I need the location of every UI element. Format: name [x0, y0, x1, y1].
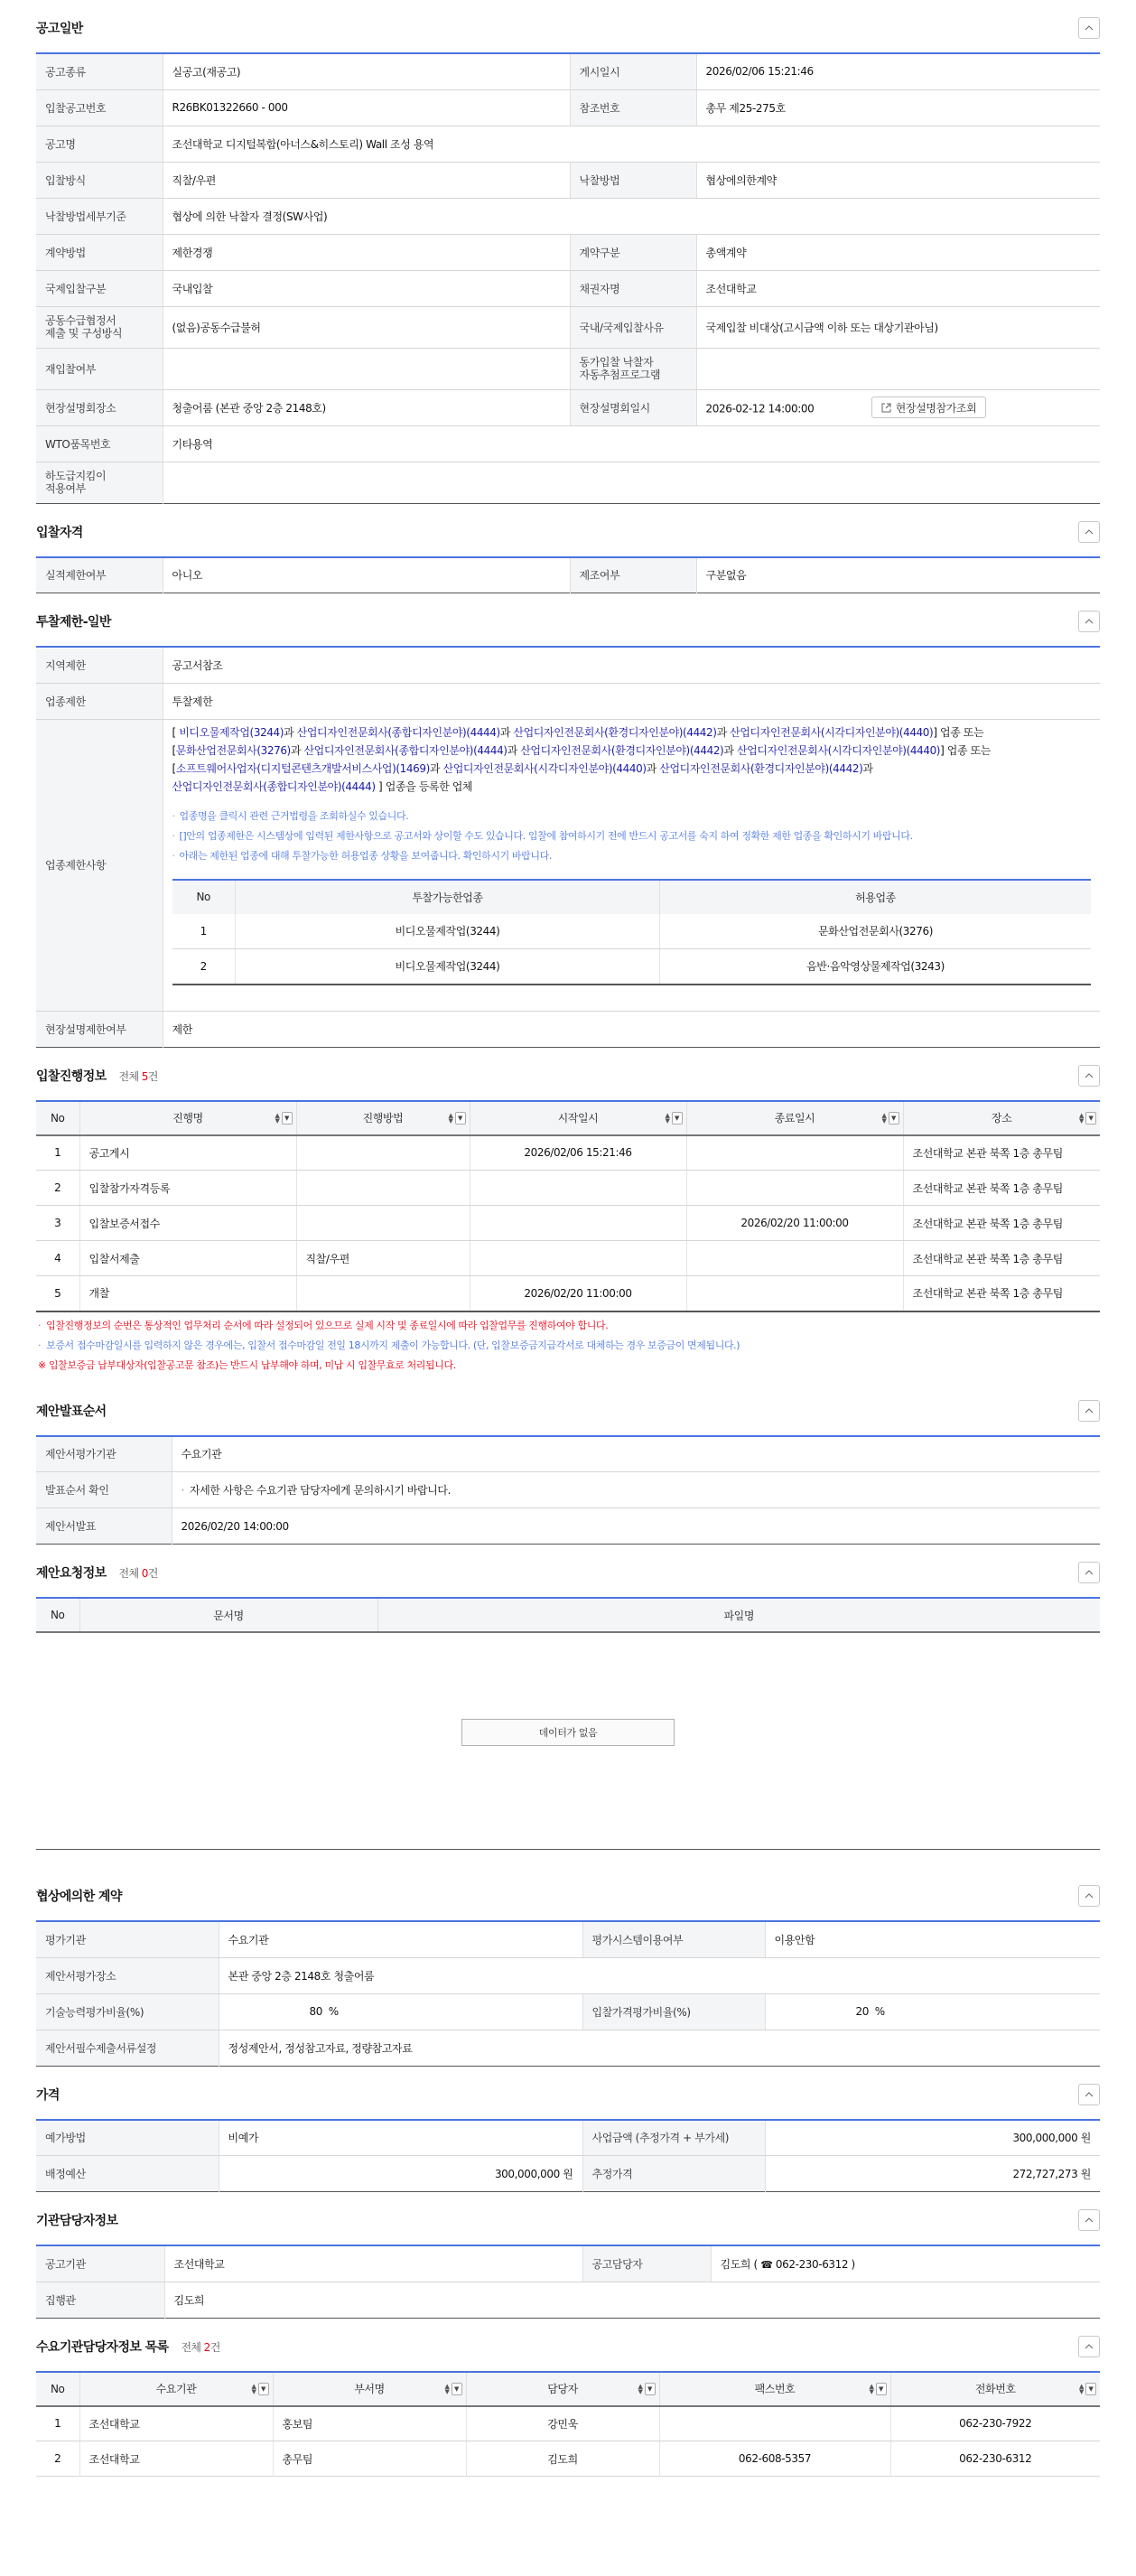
eval-org-value: 수요기관 [219, 1921, 582, 1957]
column-header[interactable]: 진행방법▲▼▼ [296, 1101, 470, 1135]
chevron-up-icon [1085, 2217, 1094, 2223]
field-label: 국내/국제입찰사유 [570, 306, 696, 348]
table-cell [470, 1241, 686, 1276]
external-link-icon [881, 403, 891, 413]
filter-dropdown-icon[interactable]: ▼ [1085, 2383, 1096, 2395]
column-header: No [36, 2372, 79, 2406]
eval-system-value: 이용안함 [765, 1921, 1100, 1957]
field-label: 입찰공고번호 [36, 89, 163, 126]
qualification-table: 실적제한여부 아니오 제조여부 구분없음 [36, 556, 1100, 594]
field-label: 현장설명회일시 [570, 389, 696, 425]
section-title: 가격 [36, 2086, 60, 2104]
table-cell: 입찰서제출 [79, 1241, 296, 1276]
section-title: 입찰진행정보전체 5건 [36, 1067, 158, 1085]
field-label: 업종제한사항 [36, 719, 163, 1011]
sort-arrows-icon[interactable]: ▲▼ [252, 2384, 256, 2394]
site-restrict-value: 제한 [163, 1011, 1100, 1047]
industry-link[interactable]: 소프트웨어사업자(디지털콘텐츠개발서비스사업)(1469) [176, 762, 430, 775]
collapse-button[interactable] [1078, 1885, 1100, 1907]
agency-value: 조선대학교 [164, 2245, 582, 2282]
divider [36, 1832, 1100, 1850]
table-cell [659, 2406, 890, 2441]
field-label: 예가방법 [36, 2120, 219, 2156]
column-header-label: 장소 [992, 1112, 1011, 1125]
proposal-request-table: No 문서명 파일명 [36, 1597, 1100, 1633]
column-header: 파일명 [377, 1598, 1100, 1632]
sort-control[interactable]: ▲▼▼ [1079, 2383, 1096, 2395]
table-cell: 062-230-7922 [890, 2406, 1100, 2441]
column-header[interactable]: 종료일시▲▼▼ [686, 1101, 903, 1135]
restriction-text-segment: 과 [430, 762, 443, 775]
section-restriction: 투찰제한-일반 지역제한 공고서참조 업종제한 투찰제한 업종제한사항 [ 비디… [36, 593, 1100, 1048]
industry-link[interactable]: 산업디자인전문회사(종합디자인분야)(4444) [172, 780, 376, 793]
column-header-label: 진행명 [172, 1112, 203, 1125]
column-header-label: 종료일시 [775, 1112, 815, 1125]
site-briefing-date-value: 2026-02-12 14:00:00 [706, 403, 815, 415]
industry-link[interactable]: 산업디자인전문회사(환경디자인분야)(4442) [520, 744, 723, 757]
column-header-label: 팩스번호 [755, 2383, 796, 2395]
table-cell [296, 1135, 470, 1171]
field-label: 계약구분 [570, 234, 696, 270]
field-label: 추정가격 [582, 2156, 765, 2192]
table-cell: 1 [36, 2406, 79, 2441]
table-row: 3입찰보증서접수2026/02/20 11:00:00조선대학교 본관 북쪽 1… [36, 1206, 1100, 1241]
warning-note: ·입찰진행정보의 순번은 통상적인 업무처리 순서에 따라 설정되어 있으므로 … [36, 1316, 1100, 1336]
field-label: 공고담당자 [582, 2245, 711, 2282]
section-agency: 기관담당자정보 공고기관 조선대학교 공고담당자 김도희 ( ☎ 062-230… [36, 2192, 1100, 2319]
table-cell: 062-230-6312 [890, 2441, 1100, 2477]
section-negotiation: 협상에의한 계약 평가기관 수요기관 평가시스템이용여부 이용안함 제안서평가장… [36, 1868, 1100, 2067]
column-header[interactable]: 팩스번호▲▼▼ [659, 2372, 890, 2406]
table-cell [470, 1206, 686, 1241]
column-header: No [36, 1598, 79, 1632]
field-label: 동가입찰 낙찰자자동추첨프로그램 [570, 348, 696, 389]
column-header-label: 진행방법 [363, 1112, 404, 1125]
filter-dropdown-icon[interactable]: ▼ [455, 1112, 466, 1125]
filter-dropdown-icon[interactable]: ▼ [1085, 1112, 1096, 1125]
note-item: 업종명을 클릭시 관련 근거법령을 조회하실수 있습니다. [172, 807, 1092, 826]
presentation-date-value: 2026/02/20 14:00:00 [172, 1508, 1100, 1545]
sort-arrows-icon[interactable]: ▲▼ [449, 1113, 453, 1124]
section-title: 입찰자격 [36, 523, 83, 541]
restriction-text-segment: 과 [723, 744, 737, 757]
table-cell: 개찰 [79, 1276, 296, 1311]
column-header[interactable]: 담당자▲▼▼ [466, 2372, 659, 2406]
manufacturing-value: 구분없음 [696, 557, 1100, 593]
region-limit-value: 공고서참조 [163, 647, 1100, 683]
table-cell [686, 1135, 903, 1171]
field-label: 입찰방식 [36, 162, 163, 198]
field-label: 국제입찰구분 [36, 270, 163, 306]
field-label: 참조번호 [570, 89, 696, 126]
collapse-button[interactable] [1078, 2209, 1100, 2231]
field-label: 지역제한 [36, 647, 163, 683]
field-label: 하도급지킴이적용여부 [36, 462, 163, 503]
table-row: 1조선대학교홍보팀강민욱062-230-7922 [36, 2406, 1100, 2441]
field-label: 게시일시 [570, 53, 696, 89]
field-label: 실적제한여부 [36, 557, 163, 593]
chevron-up-icon [1085, 1073, 1094, 1078]
sort-control[interactable]: ▲▼▼ [870, 2383, 887, 2395]
contacts-table: No수요기관▲▼▼부서명▲▼▼담당자▲▼▼팩스번호▲▼▼전화번호▲▼▼ 1조선대… [36, 2371, 1100, 2478]
column-header-label: 허용업종 [855, 891, 896, 904]
sort-arrows-icon[interactable]: ▲▼ [870, 2384, 874, 2394]
bid-method-value: 직찰/우편 [163, 162, 570, 198]
table-cell: 5 [36, 1276, 79, 1311]
field-label: 업종제한 [36, 683, 163, 719]
collapse-button[interactable] [1078, 2336, 1100, 2357]
negotiation-table: 평가기관 수요기관 평가시스템이용여부 이용안함 제안서평가장소 본관 중앙 2… [36, 1920, 1100, 2067]
budget-value: 300,000,000 원 [219, 2156, 582, 2192]
rebid-value [163, 348, 570, 389]
allowed-industry-table: No투찰가능한업종허용업종 1비디오물제작업(3244)문화산업전문회사(327… [172, 879, 1092, 985]
total-count: 전체 2건 [181, 2341, 219, 2354]
section-general: 공고일반 공고종류 실공고(재공고) 게시일시 2026/02/06 15:21… [36, 0, 1100, 504]
progress-table: No진행명▲▼▼진행방법▲▼▼시작일시▲▼▼종료일시▲▼▼장소▲▼▼ 1공고게시… [36, 1100, 1100, 1312]
field-label: 발표순서 확인 [36, 1472, 172, 1508]
table-row: 2입찰참가자격등록조선대학교 본관 북쪽 1층 총무팀 [36, 1171, 1100, 1206]
column-header[interactable]: 시작일시▲▼▼ [470, 1101, 686, 1135]
collapse-button[interactable] [1078, 1065, 1100, 1087]
bid-notice-detail-page: 공고일반 공고종류 실공고(재공고) 게시일시 2026/02/06 15:21… [0, 0, 1136, 2576]
sort-control[interactable]: ▲▼▼ [449, 1112, 466, 1125]
column-header-label: No [51, 1112, 65, 1125]
sort-arrows-icon[interactable]: ▲▼ [882, 1113, 887, 1124]
field-label: 채권자명 [570, 270, 696, 306]
field-label: 집행관 [36, 2282, 164, 2318]
chevron-up-icon [1085, 1408, 1094, 1414]
no-data-message: 데이터가 없음 [461, 1719, 675, 1746]
industry-link[interactable]: 산업디자인전문회사(종합디자인분야)(4444) [303, 744, 507, 757]
filter-dropdown-icon[interactable]: ▼ [672, 1112, 683, 1125]
industry-link[interactable]: 산업디자인전문회사(환경디자인분야)(4442) [513, 726, 716, 739]
table-cell: 공고게시 [79, 1135, 296, 1171]
note-item: []안의 업종제한은 시스템상에 입력된 제한사항으로 공고서와 상이할 수도 … [172, 826, 1092, 846]
industry-link[interactable]: 산업디자인전문회사(종합디자인분야)(4444) [297, 726, 500, 739]
sort-control[interactable]: ▲▼▼ [1079, 1112, 1096, 1125]
telephone-icon: ☎ [760, 2259, 772, 2271]
performance-limit-value: 아니오 [163, 557, 570, 593]
collapse-button[interactable] [1078, 17, 1100, 39]
note-item: 아래는 제한된 업종에 대해 투찰가능한 허용업종 상황을 보여줍니다. 확인하… [172, 846, 1092, 866]
table-cell: 조선대학교 본관 북쪽 1층 총무팀 [903, 1241, 1100, 1276]
restriction-text-segment: 과 [862, 762, 872, 775]
table-cell: 직찰/우편 [296, 1241, 470, 1276]
column-header[interactable]: 진행명▲▼▼ [79, 1101, 296, 1135]
sort-control[interactable]: ▲▼▼ [882, 1112, 899, 1125]
restriction-text-segment: 과 [291, 744, 304, 757]
field-label: 제안서발표 [36, 1508, 172, 1545]
table-cell: 2026/02/20 11:00:00 [470, 1276, 686, 1311]
filter-dropdown-icon[interactable]: ▼ [452, 2383, 462, 2395]
wto-value: 기타용역 [163, 425, 1100, 462]
warning-note: ※ 입찰보증금 납부대상자(입찰공고문 참조)는 반드시 납부해야 하며, 미납… [36, 1356, 1100, 1376]
table-cell: 문화산업전문회사(3276) [660, 914, 1092, 949]
section-contacts: 수요기관담당자정보 목록전체 2건 No수요기관▲▼▼부서명▲▼▼담당자▲▼▼팩… [36, 2319, 1100, 2576]
filter-dropdown-icon[interactable]: ▼ [258, 2383, 269, 2395]
field-label: 공동수급협정서제출 및 구성방식 [36, 306, 163, 348]
restriction-text-segment: ] 업종 또는 [933, 726, 983, 739]
section-title: 수요기관담당자정보 목록전체 2건 [36, 2338, 220, 2356]
eval-agency-value: 수요기관 [172, 1436, 1100, 1472]
sort-control[interactable]: ▲▼▼ [666, 1112, 683, 1125]
table-cell: 조선대학교 본관 북쪽 1층 총무팀 [903, 1171, 1100, 1206]
column-header: No [36, 1101, 79, 1135]
table-cell [296, 1171, 470, 1206]
section-qualification: 입찰자격 실적제한여부 아니오 제조여부 구분없음 [36, 504, 1100, 594]
industry-limit-value: 투찰제한 [163, 683, 1100, 719]
field-label: 제조여부 [570, 557, 696, 593]
contract-type-value: 총액계약 [696, 234, 1100, 270]
manager-value: 김도희 ( ☎ 062-230-6312 ) [711, 2245, 1100, 2282]
industry-detail-cell: [ 비디오물제작업(3244)과 산업디자인전문회사(종합디자인분야)(4444… [163, 719, 1100, 1011]
column-header-label: 투찰가능한업종 [412, 891, 482, 904]
column-header: 문서명 [79, 1598, 377, 1632]
sort-arrows-icon[interactable]: ▲▼ [1079, 1113, 1084, 1124]
field-label: 배정예산 [36, 2156, 219, 2192]
table-row: 5개찰2026/02/20 11:00:00조선대학교 본관 북쪽 1층 총무팀 [36, 1276, 1100, 1311]
sort-arrows-icon[interactable]: ▲▼ [666, 1113, 670, 1124]
eval-place-value: 본관 중앙 2층 2148호 청출어룸 [219, 1957, 1100, 1993]
column-header-label: 전화번호 [975, 2383, 1016, 2395]
tie-draw-value [696, 348, 1100, 389]
notice-number-value: R26BK01322660 - 000 [163, 89, 570, 126]
chevron-up-icon [1085, 619, 1094, 624]
field-label: 제안서평가기관 [36, 1436, 172, 1472]
sort-arrows-icon[interactable]: ▲▼ [1079, 2384, 1084, 2394]
column-header: 투찰가능한업종 [236, 880, 660, 914]
table-row: 4입찰서제출직찰/우편조선대학교 본관 북쪽 1층 총무팀 [36, 1241, 1100, 1276]
industry-link[interactable]: 산업디자인전문회사(시각디자인분야)(4440) [737, 744, 940, 757]
collapse-button[interactable] [1078, 521, 1100, 543]
award-detail-value: 협상에 의한 낙찰자 결정(SW사업) [163, 198, 1100, 234]
presentation-confirm-value: ·자세한 사항은 수요기관 담당자에게 문의하시기 바랍니다. [172, 1472, 1100, 1508]
restriction-text-segment: 과 [284, 726, 297, 739]
column-header[interactable]: 장소▲▼▼ [903, 1101, 1100, 1135]
field-label: 재입찰여부 [36, 348, 163, 389]
chevron-up-icon [1085, 25, 1094, 31]
table-cell: 1 [172, 914, 236, 949]
field-label: 공고기관 [36, 2245, 164, 2282]
table-row: 1비디오물제작업(3244)문화산업전문회사(3276) [172, 914, 1092, 949]
site-briefing-date-cell: 2026-02-12 14:00:00 현장설명참가조회 [696, 389, 1100, 425]
column-header-label: 부서명 [354, 2383, 385, 2395]
table-cell: 비디오물제작업(3244) [236, 914, 660, 949]
table-cell: 2026/02/20 11:00:00 [686, 1206, 903, 1241]
tech-ratio-value: 80 % [219, 1993, 582, 2030]
chevron-up-icon [1085, 1570, 1094, 1575]
collapse-button[interactable] [1078, 1400, 1100, 1422]
table-cell [470, 1171, 686, 1206]
section-progress: 입찰진행정보전체 5건 No진행명▲▼▼진행방법▲▼▼시작일시▲▼▼종료일시▲▼… [36, 1048, 1100, 1383]
table-cell: 입찰보증서접수 [79, 1206, 296, 1241]
column-header-label: No [196, 891, 210, 903]
restriction-text-segment: 과 [500, 726, 514, 739]
table-cell: 2 [36, 2441, 79, 2477]
restriction-text-segment: 과 [717, 726, 731, 739]
collapse-button[interactable] [1078, 1562, 1100, 1583]
field-label: 낙찰방법 [570, 162, 696, 198]
section-proposal-request: 제안요청정보전체 0건 No 문서명 파일명 데이터가 없음 [36, 1545, 1100, 1850]
table-cell: 조선대학교 [79, 2441, 273, 2477]
info-note: ·보증서 접수마감일시를 입력하지 않은 경우에는, 입찰서 접수마감일 전일 … [36, 1336, 1100, 1356]
empty-state: 데이터가 없음 [36, 1633, 1100, 1832]
filter-dropdown-icon[interactable]: ▼ [876, 2383, 887, 2395]
section-title: 투찰제한-일반 [36, 612, 111, 630]
restriction-line: [소프트웨어사업자(디지털콘텐츠개발서비스사업)(1469)과 산업디자인전문회… [172, 760, 1092, 778]
collapse-button[interactable] [1078, 611, 1100, 632]
section-price: 가격 예가방법 비예가 사업금액 (추정가격 + 부가세) 300,000,00… [36, 2067, 1100, 2193]
sort-control[interactable]: ▲▼▼ [275, 1112, 293, 1125]
table-cell: 062-608-5357 [659, 2441, 890, 2477]
sort-arrows-icon[interactable]: ▲▼ [638, 2384, 643, 2394]
chevron-up-icon [1085, 1893, 1094, 1899]
column-header[interactable]: 전화번호▲▼▼ [890, 2372, 1100, 2406]
collapse-button[interactable] [1078, 2084, 1100, 2105]
restriction-notes: 업종명을 클릭시 관련 근거법령을 조회하실수 있습니다.[]안의 업종제한은 … [172, 807, 1092, 866]
field-label: 기술능력평가비율(%) [36, 1993, 219, 2030]
sort-control[interactable]: ▲▼▼ [252, 2383, 269, 2395]
column-header-label: 수요기관 [156, 2383, 197, 2395]
restriction-table: 지역제한 공고서참조 업종제한 투찰제한 업종제한사항 [ 비디오물제작업(32… [36, 646, 1100, 1048]
sort-arrows-icon[interactable]: ▲▼ [445, 2384, 450, 2394]
field-label: 제안서필수제출서류설정 [36, 2030, 219, 2066]
price-ratio-value: 20 % [765, 1993, 1100, 2030]
creditor-value: 조선대학교 [696, 270, 1100, 306]
table-cell [296, 1206, 470, 1241]
executor-value: 김도희 [164, 2282, 1100, 2318]
table-row: 1공고게시2026/02/06 15:21:46조선대학교 본관 북쪽 1층 총… [36, 1135, 1100, 1171]
table-row: 2조선대학교총무팀김도희062-608-5357062-230-6312 [36, 2441, 1100, 2477]
subcontract-value [163, 462, 1100, 503]
industry-link[interactable]: 산업디자인전문회사(환경디자인분야)(4442) [659, 762, 862, 775]
table-cell: 음반·음악영상물제작업(3243) [660, 949, 1092, 985]
restriction-text-segment: 과 [507, 744, 521, 757]
project-amount-value: 300,000,000 원 [765, 2120, 1100, 2156]
section-title: 협상에의한 계약 [36, 1887, 122, 1905]
restriction-text-segment: ] 업종 또는 [940, 744, 991, 757]
table-row: 2비디오물제작업(3244)음반·음악영상물제작업(3243) [172, 949, 1092, 985]
table-cell: 강민욱 [466, 2406, 659, 2441]
column-header-label: No [51, 2383, 65, 2395]
site-participation-button[interactable]: 현장설명참가조회 [871, 397, 987, 418]
chevron-up-icon [1085, 529, 1094, 535]
table-cell: 조선대학교 본관 북쪽 1층 총무팀 [903, 1206, 1100, 1241]
field-label: 입찰가격평가비율(%) [582, 1993, 765, 2030]
table-cell: 2 [172, 949, 236, 985]
table-cell: 조선대학교 본관 북쪽 1층 총무팀 [903, 1276, 1100, 1311]
sort-control[interactable]: ▲▼▼ [445, 2383, 462, 2395]
general-info-table: 공고종류 실공고(재공고) 게시일시 2026/02/06 15:21:46 입… [36, 52, 1100, 504]
field-label: 사업금액 (추정가격 + 부가세) [582, 2120, 765, 2156]
column-header[interactable]: 부서명▲▼▼ [273, 2372, 466, 2406]
table-cell: 조선대학교 본관 북쪽 1층 총무팀 [903, 1135, 1100, 1171]
field-label: WTO품목번호 [36, 425, 163, 462]
agency-table: 공고기관 조선대학교 공고담당자 김도희 ( ☎ 062-230-6312 ) … [36, 2245, 1100, 2319]
field-label: 평가시스템이용여부 [582, 1921, 765, 1957]
field-label: 평가기관 [36, 1921, 219, 1957]
table-cell: 3 [36, 1206, 79, 1241]
column-header[interactable]: 수요기관▲▼▼ [79, 2372, 273, 2406]
notice-type-value: 실공고(재공고) [163, 53, 570, 89]
industry-link[interactable]: 비디오물제작업(3244) [179, 726, 284, 739]
table-cell: 4 [36, 1241, 79, 1276]
restriction-line: 산업디자인전문회사(종합디자인분야)(4444) ] 업종을 등록한 업체 [172, 778, 1092, 796]
table-cell: 김도희 [466, 2441, 659, 2477]
table-cell: 1 [36, 1135, 79, 1171]
restriction-line: [ 비디오물제작업(3244)과 산업디자인전문회사(종합디자인분야)(4444… [172, 723, 1092, 742]
restriction-text-segment: 과 [647, 762, 660, 775]
industry-restriction-text: [ 비디오물제작업(3244)과 산업디자인전문회사(종합디자인분야)(4444… [172, 720, 1092, 796]
filter-dropdown-icon[interactable]: ▼ [645, 2383, 656, 2395]
field-label: 현장설명제한여부 [36, 1011, 163, 1047]
column-header: 허용업종 [660, 880, 1092, 914]
table-cell: 총무팀 [273, 2441, 466, 2477]
column-header: No [172, 880, 236, 914]
column-header-label: 시작일시 [558, 1112, 599, 1125]
price-table: 예가방법 비예가 사업금액 (추정가격 + 부가세) 300,000,000 원… [36, 2119, 1100, 2193]
section-title: 제안요청정보전체 0건 [36, 1563, 158, 1582]
industry-link[interactable]: 산업디자인전문회사(시각디자인분야)(4440) [730, 726, 933, 739]
field-label: 공고종류 [36, 53, 163, 89]
industry-link[interactable]: 문화산업전문회사(3276) [176, 744, 291, 757]
table-cell [686, 1276, 903, 1311]
section-title: 제안발표순서 [36, 1402, 107, 1420]
reference-number-value: 총무 제25-275호 [696, 89, 1100, 126]
column-header-label: 담당자 [547, 2383, 578, 2395]
section-title: 공고일반 [36, 19, 83, 37]
price-method-value: 비예가 [219, 2120, 582, 2156]
table-cell: 2 [36, 1171, 79, 1206]
estimated-price-value: 272,727,273 원 [765, 2156, 1100, 2192]
notice-name-value: 조선대학교 디지털복합(아너스&히스토리) Wall 조성 용역 [163, 126, 1100, 162]
table-cell [296, 1276, 470, 1311]
filter-dropdown-icon[interactable]: ▼ [889, 1112, 899, 1125]
post-date-value: 2026/02/06 15:21:46 [696, 53, 1100, 89]
sort-arrows-icon[interactable]: ▲▼ [275, 1113, 280, 1124]
chevron-up-icon [1085, 2344, 1094, 2349]
sort-control[interactable]: ▲▼▼ [638, 2383, 656, 2395]
table-cell: 비디오물제작업(3244) [236, 949, 660, 985]
field-label: 공고명 [36, 126, 163, 162]
table-cell: 조선대학교 [79, 2406, 273, 2441]
table-cell: 2026/02/06 15:21:46 [470, 1135, 686, 1171]
field-label: 낙찰방법세부기준 [36, 198, 163, 234]
section-title: 기관담당자정보 [36, 2211, 117, 2229]
contract-method-value: 제한경쟁 [163, 234, 570, 270]
site-briefing-place-value: 청출어룸 (본관 중앙 2층 2148호) [163, 389, 570, 425]
section-presentation: 제안발표순서 제안서평가기관 수요기관 발표순서 확인 ·자세한 사항은 수요기… [36, 1383, 1100, 1545]
award-method-value: 협상에의한계약 [696, 162, 1100, 198]
required-docs-value: 정성제안서, 정성참고자료, 정량참고자료 [219, 2030, 1100, 2066]
table-cell [686, 1241, 903, 1276]
restriction-line: [문화산업전문회사(3276)과 산업디자인전문회사(종합디자인분야)(4444… [172, 742, 1092, 760]
total-count: 전체 5건 [119, 1070, 158, 1083]
presentation-table: 제안서평가기관 수요기관 발표순서 확인 ·자세한 사항은 수요기관 담당자에게… [36, 1435, 1100, 1545]
table-cell: 입찰참가자격등록 [79, 1171, 296, 1206]
table-cell: 홍보팀 [273, 2406, 466, 2441]
intl-bid-value: 국내입찰 [163, 270, 570, 306]
table-cell [686, 1171, 903, 1206]
field-label: 계약방법 [36, 234, 163, 270]
filter-dropdown-icon[interactable]: ▼ [282, 1112, 293, 1125]
field-label: 현장설명회장소 [36, 389, 163, 425]
industry-link[interactable]: 산업디자인전문회사(시각디자인분야)(4440) [443, 762, 647, 775]
restriction-text-segment: ] 업종을 등록한 업체 [376, 780, 472, 793]
field-label: 제안서평가장소 [36, 1957, 219, 1993]
total-count: 전체 0건 [119, 1567, 158, 1580]
joint-supply-value: (없음)공동수급불허 [163, 306, 570, 348]
